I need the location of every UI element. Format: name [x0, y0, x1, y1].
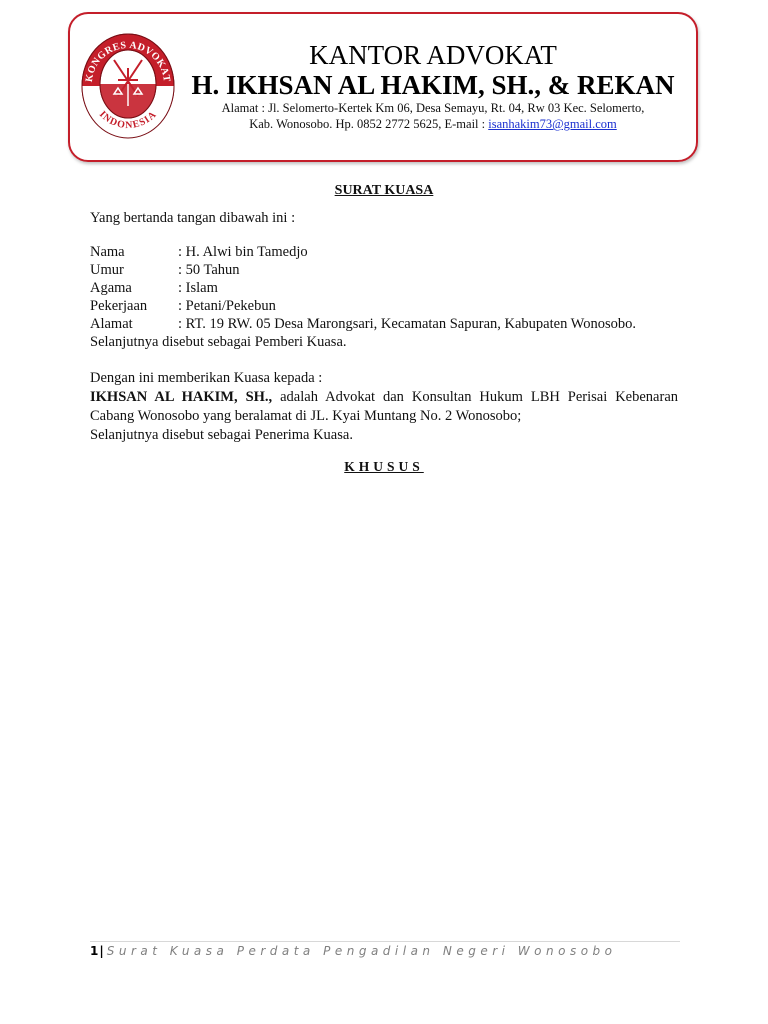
- field-label: Agama: [90, 279, 178, 297]
- page-footer: 1|Surat Kuasa Perdata Pengadilan Negeri …: [90, 943, 617, 959]
- grantee-paragraph: IKHSAN AL HAKIM, SH., adalah Advokat dan…: [90, 388, 678, 426]
- grantee-name: IKHSAN AL HAKIM, SH.,: [90, 389, 272, 405]
- emblem-icon: KONGRES ADVOKAT INDONESIA: [80, 24, 176, 142]
- kongres-advokat-logo: KONGRES ADVOKAT INDONESIA: [80, 24, 176, 142]
- field-row-agama: Agama : Islam: [90, 279, 678, 297]
- field-label: Alamat: [90, 315, 178, 333]
- address-line-2: Kab. Wonosobo. Hp. 0852 2772 5625, E-mai…: [180, 117, 686, 132]
- section-heading-khusus: KHUSUS: [0, 459, 768, 475]
- field-label: Umur: [90, 261, 178, 279]
- footer-text: Surat Kuasa Perdata Pengadilan Negeri Wo…: [107, 944, 617, 958]
- field-row-umur: Umur : 50 Tahun: [90, 261, 678, 279]
- contact-info: Kab. Wonosobo. Hp. 0852 2772 5625, E-mai…: [249, 117, 488, 131]
- grantor-fields: Nama : H. Alwi bin Tamedjo Umur : 50 Tah…: [90, 243, 678, 351]
- field-value: : 50 Tahun: [178, 261, 240, 279]
- field-value: : Petani/Pekebun: [178, 297, 276, 315]
- letterhead: KONGRES ADVOKAT INDONESIA KANTOR ADVOKAT…: [68, 12, 698, 162]
- email-link[interactable]: isanhakim73@gmail.com: [488, 117, 617, 131]
- field-row-alamat: Alamat : RT. 19 RW. 05 Desa Marongsari, …: [90, 315, 678, 333]
- grant-section: Dengan ini memberikan Kuasa kepada : IKH…: [90, 369, 678, 444]
- field-value: : RT. 19 RW. 05 Desa Marongsari, Kecamat…: [178, 315, 636, 333]
- footer-separator: |: [99, 944, 103, 958]
- field-row-pekerjaan: Pekerjaan : Petani/Pekebun: [90, 297, 678, 315]
- address-line-1: Alamat : Jl. Selomerto-Kertek Km 06, Des…: [180, 101, 686, 116]
- field-label: Pekerjaan: [90, 297, 178, 315]
- firm-name: H. IKHSAN AL HAKIM, SH., & REKAN: [180, 70, 686, 100]
- document-title: SURAT KUASA: [0, 183, 768, 199]
- field-label: Nama: [90, 243, 178, 261]
- footer-divider: [90, 941, 680, 942]
- page-number: 1: [90, 944, 98, 958]
- field-value: : H. Alwi bin Tamedjo: [178, 243, 308, 261]
- grant-intro: Dengan ini memberikan Kuasa kepada :: [90, 369, 678, 387]
- grantee-closing: Selanjutnya disebut sebagai Penerima Kua…: [90, 426, 678, 444]
- grantor-closing: Selanjutnya disebut sebagai Pemberi Kuas…: [90, 333, 678, 351]
- office-title: KANTOR ADVOKAT: [180, 40, 686, 70]
- field-value: : Islam: [178, 279, 218, 297]
- field-row-nama: Nama : H. Alwi bin Tamedjo: [90, 243, 678, 261]
- intro-text: Yang bertanda tangan dibawah ini :: [90, 209, 678, 227]
- letterhead-text: KANTOR ADVOKAT H. IKHSAN AL HAKIM, SH., …: [180, 40, 686, 132]
